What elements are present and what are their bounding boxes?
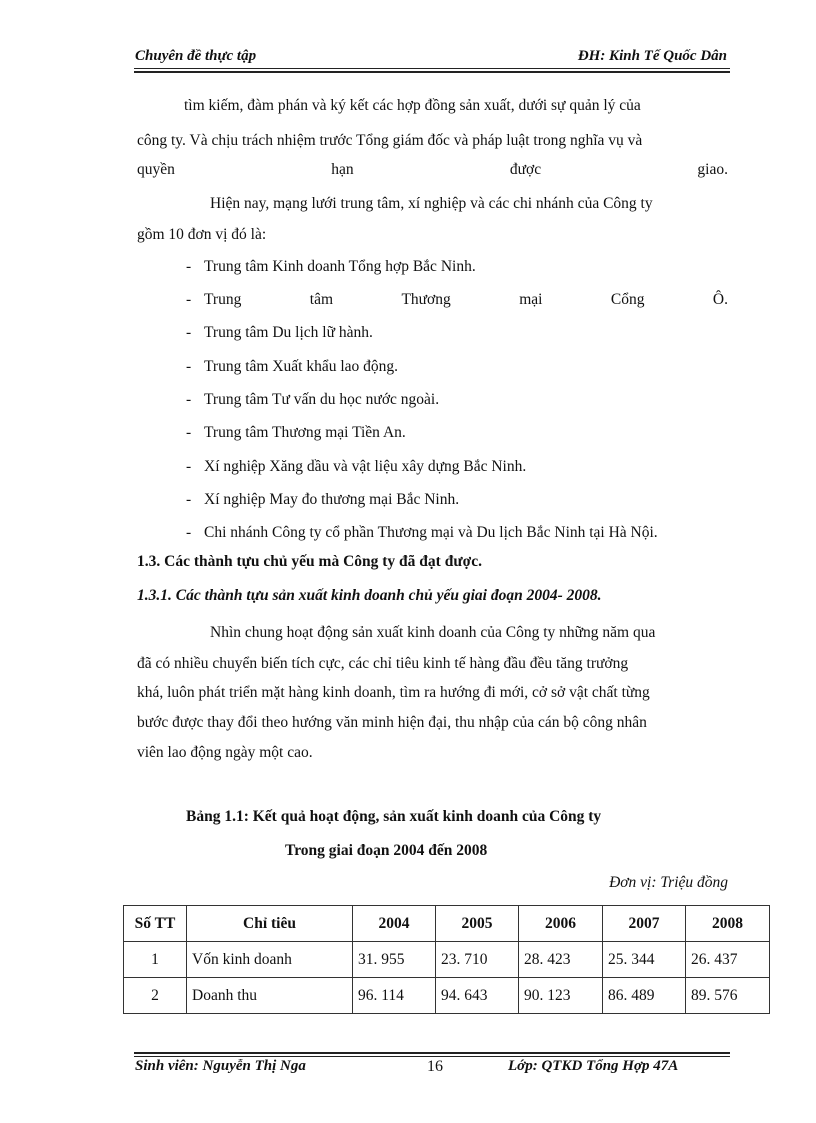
word: được bbox=[510, 161, 541, 179]
para3-line4: bước được thay đổi theo hướng văn minh h… bbox=[137, 714, 728, 732]
col-header: Chỉ tiêu bbox=[187, 906, 353, 942]
list-item: -Xí nghiệp May đo thương mại Bắc Ninh. bbox=[186, 491, 459, 509]
col-header: Số TT bbox=[124, 906, 187, 942]
bullet-dash: - bbox=[186, 458, 204, 476]
table-cell: 89. 576 bbox=[686, 978, 770, 1014]
bullet-dash: - bbox=[186, 391, 204, 409]
header-title: Chuyên đề thực tập bbox=[135, 48, 256, 65]
bullet-dash: - bbox=[186, 324, 204, 342]
word: quyền bbox=[137, 161, 175, 179]
table-cell: 90. 123 bbox=[519, 978, 603, 1014]
para3-line5: viên lao động ngày một cao. bbox=[137, 744, 728, 762]
table-cell: 28. 423 bbox=[519, 942, 603, 978]
section-heading: 1.3. Các thành tựu chủ yếu mà Công ty đã… bbox=[137, 553, 482, 571]
page-header: Chuyên đề thực tập ĐH: Kinh Tế Quốc Dân bbox=[135, 48, 727, 66]
table-cell: 94. 643 bbox=[436, 978, 519, 1014]
bullet-dash: - bbox=[186, 291, 204, 309]
para3-line3: khá, luôn phát triển mặt hàng kinh doanh… bbox=[137, 684, 728, 702]
para2-line1: Hiện nay, mạng lưới trung tâm, xí nghiệp… bbox=[210, 195, 728, 213]
footer-divider bbox=[134, 1052, 730, 1057]
table-cell: Vốn kinh doanh bbox=[187, 942, 353, 978]
list-item: -Trung tâm Xuất khẩu lao động. bbox=[186, 358, 398, 376]
bullet-dash: - bbox=[186, 358, 204, 376]
table-cell: 23. 710 bbox=[436, 942, 519, 978]
table-header-row: Số TT Chỉ tiêu 2004 2005 2006 2007 2008 bbox=[124, 906, 770, 942]
header-university: ĐH: Kinh Tế Quốc Dân bbox=[578, 48, 727, 65]
table-cell: Doanh thu bbox=[187, 978, 353, 1014]
table-cell: 1 bbox=[124, 942, 187, 978]
page-footer: Sinh viên: Nguyễn Thị Nga 16 Lớp: QTKD T… bbox=[135, 1058, 727, 1076]
bullet-dash: - bbox=[186, 258, 204, 276]
bullet-dash: - bbox=[186, 491, 204, 509]
col-header: 2005 bbox=[436, 906, 519, 942]
footer-class: Lớp: QTKD Tổng Hợp 47A bbox=[508, 1058, 678, 1075]
para1-line2: công ty. Và chịu trách nhiệm trước Tổng … bbox=[137, 132, 728, 150]
list-item: -Trung tâm Tư vấn du học nước ngoài. bbox=[186, 391, 439, 409]
col-header: 2008 bbox=[686, 906, 770, 942]
header-divider bbox=[134, 68, 730, 73]
subsection-heading: 1.3.1. Các thành tựu sản xuất kinh doanh… bbox=[137, 587, 602, 605]
table-caption-period: Trong giai đoạn 2004 đến 2008 bbox=[285, 842, 487, 860]
col-header: 2006 bbox=[519, 906, 603, 942]
table-cell: 26. 437 bbox=[686, 942, 770, 978]
table-row: 1 Vốn kinh doanh 31. 955 23. 710 28. 423… bbox=[124, 942, 770, 978]
bullet-dash: - bbox=[186, 424, 204, 442]
footer-student: Sinh viên: Nguyễn Thị Nga bbox=[135, 1058, 306, 1075]
para1-line3: quyền hạn được giao. bbox=[137, 161, 728, 179]
word: hạn bbox=[331, 161, 353, 179]
table-cell: 96. 114 bbox=[353, 978, 436, 1014]
table-cell: 31. 955 bbox=[353, 942, 436, 978]
para1-line1: tìm kiếm, đàm phán và ký kết các hợp đồn… bbox=[184, 97, 728, 115]
list-item: -Trung tâm Thương mại Cổng Ô. bbox=[186, 291, 728, 309]
para2-line2: gồm 10 đơn vị đó là: bbox=[137, 226, 728, 244]
table-cell: 86. 489 bbox=[603, 978, 686, 1014]
col-header: 2004 bbox=[353, 906, 436, 942]
table-cell: 25. 344 bbox=[603, 942, 686, 978]
document-page: Chuyên đề thực tập ĐH: Kinh Tế Quốc Dân … bbox=[0, 0, 816, 1123]
col-header: 2007 bbox=[603, 906, 686, 942]
para3-line1: Nhìn chung hoạt động sản xuất kinh doanh… bbox=[210, 624, 728, 642]
list-item: -Xí nghiệp Xăng dầu và vật liệu xây dựng… bbox=[186, 458, 526, 476]
page-number: 16 bbox=[427, 1058, 443, 1076]
list-item: -Trung tâm Thương mại Tiền An. bbox=[186, 424, 406, 442]
results-table: Số TT Chỉ tiêu 2004 2005 2006 2007 2008 … bbox=[123, 905, 770, 1014]
list-item: -Chi nhánh Công ty cổ phần Thương mại và… bbox=[186, 524, 658, 542]
list-item: -Trung tâm Kinh doanh Tổng hợp Bắc Ninh. bbox=[186, 258, 476, 276]
table-cell: 2 bbox=[124, 978, 187, 1014]
para3-line2: đã có nhiều chuyển biến tích cực, các ch… bbox=[137, 655, 728, 673]
list-item: -Trung tâm Du lịch lữ hành. bbox=[186, 324, 373, 342]
table-unit-note: Đơn vị: Triệu đồng bbox=[609, 874, 728, 892]
table-row: 2 Doanh thu 96. 114 94. 643 90. 123 86. … bbox=[124, 978, 770, 1014]
bullet-dash: - bbox=[186, 524, 204, 542]
word: giao. bbox=[697, 161, 728, 179]
table-caption: Bảng 1.1: Kết quả hoạt động, sản xuất ki… bbox=[186, 808, 601, 826]
